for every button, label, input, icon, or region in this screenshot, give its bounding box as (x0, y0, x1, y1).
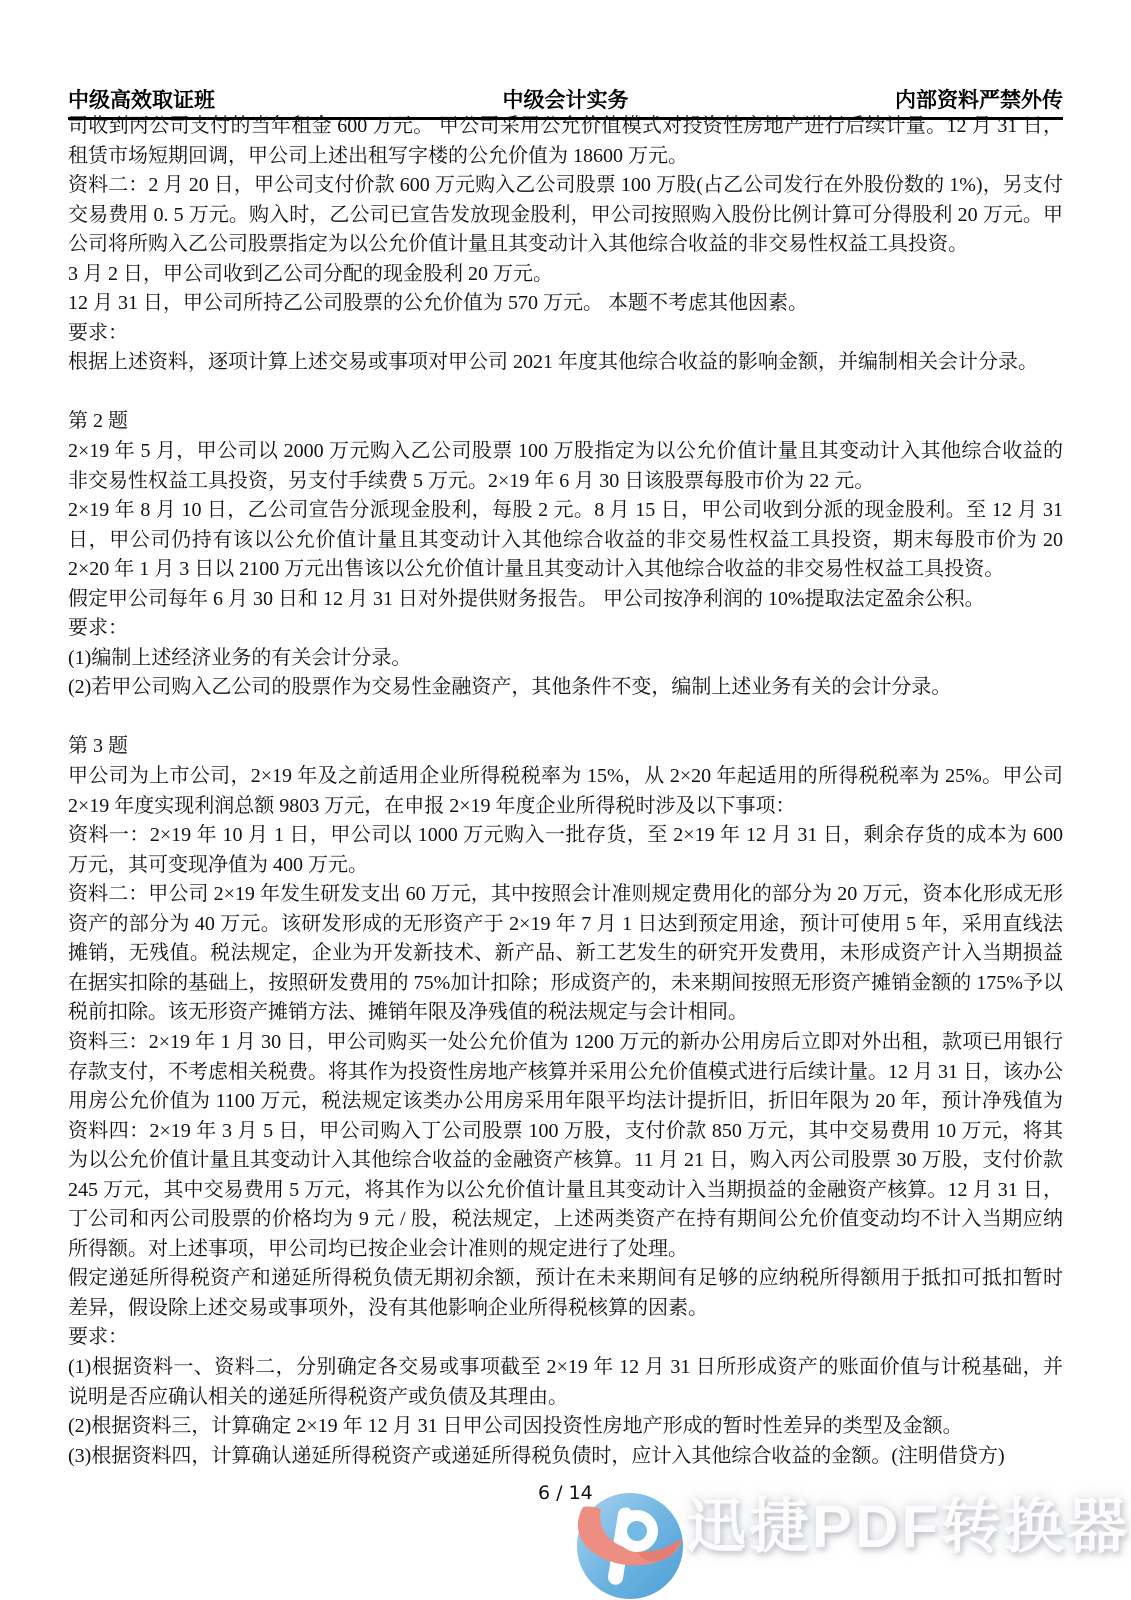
text-line: 根据上述资料，逐项计算上述交易或事项对甲公司 2021 年度其他综合收益的影响金… (68, 348, 1063, 378)
watermark-text: 迅捷PDF转换器 (686, 1497, 1130, 1557)
blank-line (68, 378, 1063, 408)
text-line: 非交易性权益工具投资，另支付手续费 5 万元。2×19 年 6 月 30 日该股… (68, 467, 1063, 497)
document-page: 中级高效取证班 中级会计实务 内部资料严禁外传 司收到丙公司支付的当年租金 60… (0, 0, 1131, 1600)
text-line: 为以公允价值计量且其变动计入其他综合收益的金融资产核算。11 月 21 日，购入… (68, 1146, 1063, 1176)
text-line: 所得额。对上述事项，甲公司均已按企业会计准则的规定进行了处理。 (68, 1235, 1063, 1265)
header-left-title: 中级高效取证班 (68, 84, 400, 114)
text-line: 存款支付，不考虑相关税费。将其作为投资性房地产核算并采用公允价值模式进行后续计量… (68, 1058, 1063, 1088)
text-line: 资料四：2×19 年 3 月 5 日，甲公司购入丁公司股票 100 万股，支付价… (68, 1117, 1063, 1147)
text-line: 司收到丙公司支付的当年租金 600 万元。 甲公司采用公允价值模式对投资性房地产… (68, 112, 1063, 142)
text-line: 交易费用 0. 5 万元。购入时，乙公司已宣告发放现金股利，甲公司按照购入股份比… (68, 201, 1063, 231)
text-line: 资料三：2×19 年 1 月 30 日，甲公司购买一处公允价值为 1200 万元… (68, 1028, 1063, 1058)
text-line: 2×19 年度实现利润总额 9803 万元，在申报 2×19 年度企业所得税时涉… (68, 792, 1063, 822)
text-line: (2)根据资料三，计算确定 2×19 年 12 月 31 日甲公司因投资性房地产… (68, 1412, 1063, 1442)
text-line: 第 2 题 (68, 407, 1063, 437)
text-line: 资料二：2 月 20 日，甲公司支付价款 600 万元购入乙公司股票 100 万… (68, 171, 1063, 201)
text-line: 差异，假设除上述交易或事项外，没有其他影响企业所得税核算的因素。 (68, 1294, 1063, 1324)
text-line: 假定甲公司每年 6 月 30 日和 12 月 31 日对外提供财务报告。 甲公司… (68, 585, 1063, 615)
text-line: 在据实扣除的基础上，按照研发费用的 75%加计扣除；形成资产的，未来期间按照无形… (68, 969, 1063, 999)
text-line: (1)根据资料一、资料二，分别确定各交易或事项截至 2×19 年 12 月 31… (68, 1353, 1063, 1383)
document-body: 司收到丙公司支付的当年租金 600 万元。 甲公司采用公允价值模式对投资性房地产… (68, 112, 1063, 1471)
text-line: 日，甲公司仍持有该以公允价值计量且其变动计入其他综合收益的非交易性权益工具投资，… (68, 526, 1063, 556)
text-line: (1)编制上述经济业务的有关会计分录。 (68, 644, 1063, 674)
text-line: 用房公允价值为 1100 万元，税法规定该类办公用房采用年限平均法计提折旧，折旧… (68, 1087, 1063, 1117)
text-line: 资料一：2×19 年 10 月 1 日，甲公司以 1000 万元购入一批存货，至… (68, 821, 1063, 851)
text-line: 2×20 年 1 月 3 日以 2100 万元出售该以公允价值计量且其变动计入其… (68, 555, 1063, 585)
text-line: (3)根据资料四，计算确认递延所得税资产或递延所得税负债时，应计入其他综合收益的… (68, 1442, 1063, 1472)
text-line: 资料二：甲公司 2×19 年发生研发支出 60 万元，其中按照会计准则规定费用化… (68, 880, 1063, 910)
text-line: 丁公司和丙公司股票的价格均为 9 元 / 股，税法规定，上述两类资产在持有期间公… (68, 1205, 1063, 1235)
text-line: 万元，其可变现净值为 400 万元。 (68, 851, 1063, 881)
text-line: 要求： (68, 614, 1063, 644)
text-line: (2)若甲公司购入乙公司的股票作为交易性金融资产，其他条件不变，编制上述业务有关… (68, 673, 1063, 703)
text-line: 说明是否应确认相关的递延所得税资产或负债及其理由。 (68, 1383, 1063, 1413)
text-line: 3 月 2 日，甲公司收到乙公司分配的现金股利 20 万元。 (68, 260, 1063, 290)
text-line: 税前扣除。该无形资产摊销方法、摊销年限及净残值的税法规定与会计相同。 (68, 998, 1063, 1028)
text-line: 甲公司为上市公司，2×19 年及之前适用企业所得税税率为 15%，从 2×20 … (68, 762, 1063, 792)
text-line: 要求： (68, 319, 1063, 349)
text-line: 摊销，无残值。税法规定，企业为开发新技术、新产品、新工艺发生的研究开发费用，未形… (68, 939, 1063, 969)
header-center-title: 中级会计实务 (400, 84, 732, 114)
pdf-converter-logo-icon (577, 1493, 683, 1599)
text-line: 245 万元，其中交易费用 5 万元，将其作为以公允价值计量且其变动计入当期损益… (68, 1176, 1063, 1206)
text-line: 公司将所购入乙公司股票指定为以公允价值计量且其变动计入其他综合收益的非交易性权益… (68, 230, 1063, 260)
header-right-notice: 内部资料严禁外传 (731, 84, 1063, 114)
text-line: 2×19 年 5 月，甲公司以 2000 万元购入乙公司股票 100 万股指定为… (68, 437, 1063, 467)
text-line: 假定递延所得税资产和递延所得税负债无期初余额，预计在未来期间有足够的应纳税所得额… (68, 1264, 1063, 1294)
blank-line (68, 703, 1063, 733)
text-line: 第 3 题 (68, 732, 1063, 762)
text-line: 要求： (68, 1323, 1063, 1353)
text-line: 租赁市场短期回调，甲公司上述出租写字楼的公允价值为 18600 万元。 (68, 142, 1063, 172)
text-line: 资产的部分为 40 万元。该研发形成的无形资产于 2×19 年 7 月 1 日达… (68, 910, 1063, 940)
text-line: 12 月 31 日，甲公司所持乙公司股票的公允价值为 570 万元。 本题不考虑… (68, 289, 1063, 319)
text-line: 2×19 年 8 月 10 日，乙公司宣告分派现金股利，每股 2 元。8 月 1… (68, 496, 1063, 526)
